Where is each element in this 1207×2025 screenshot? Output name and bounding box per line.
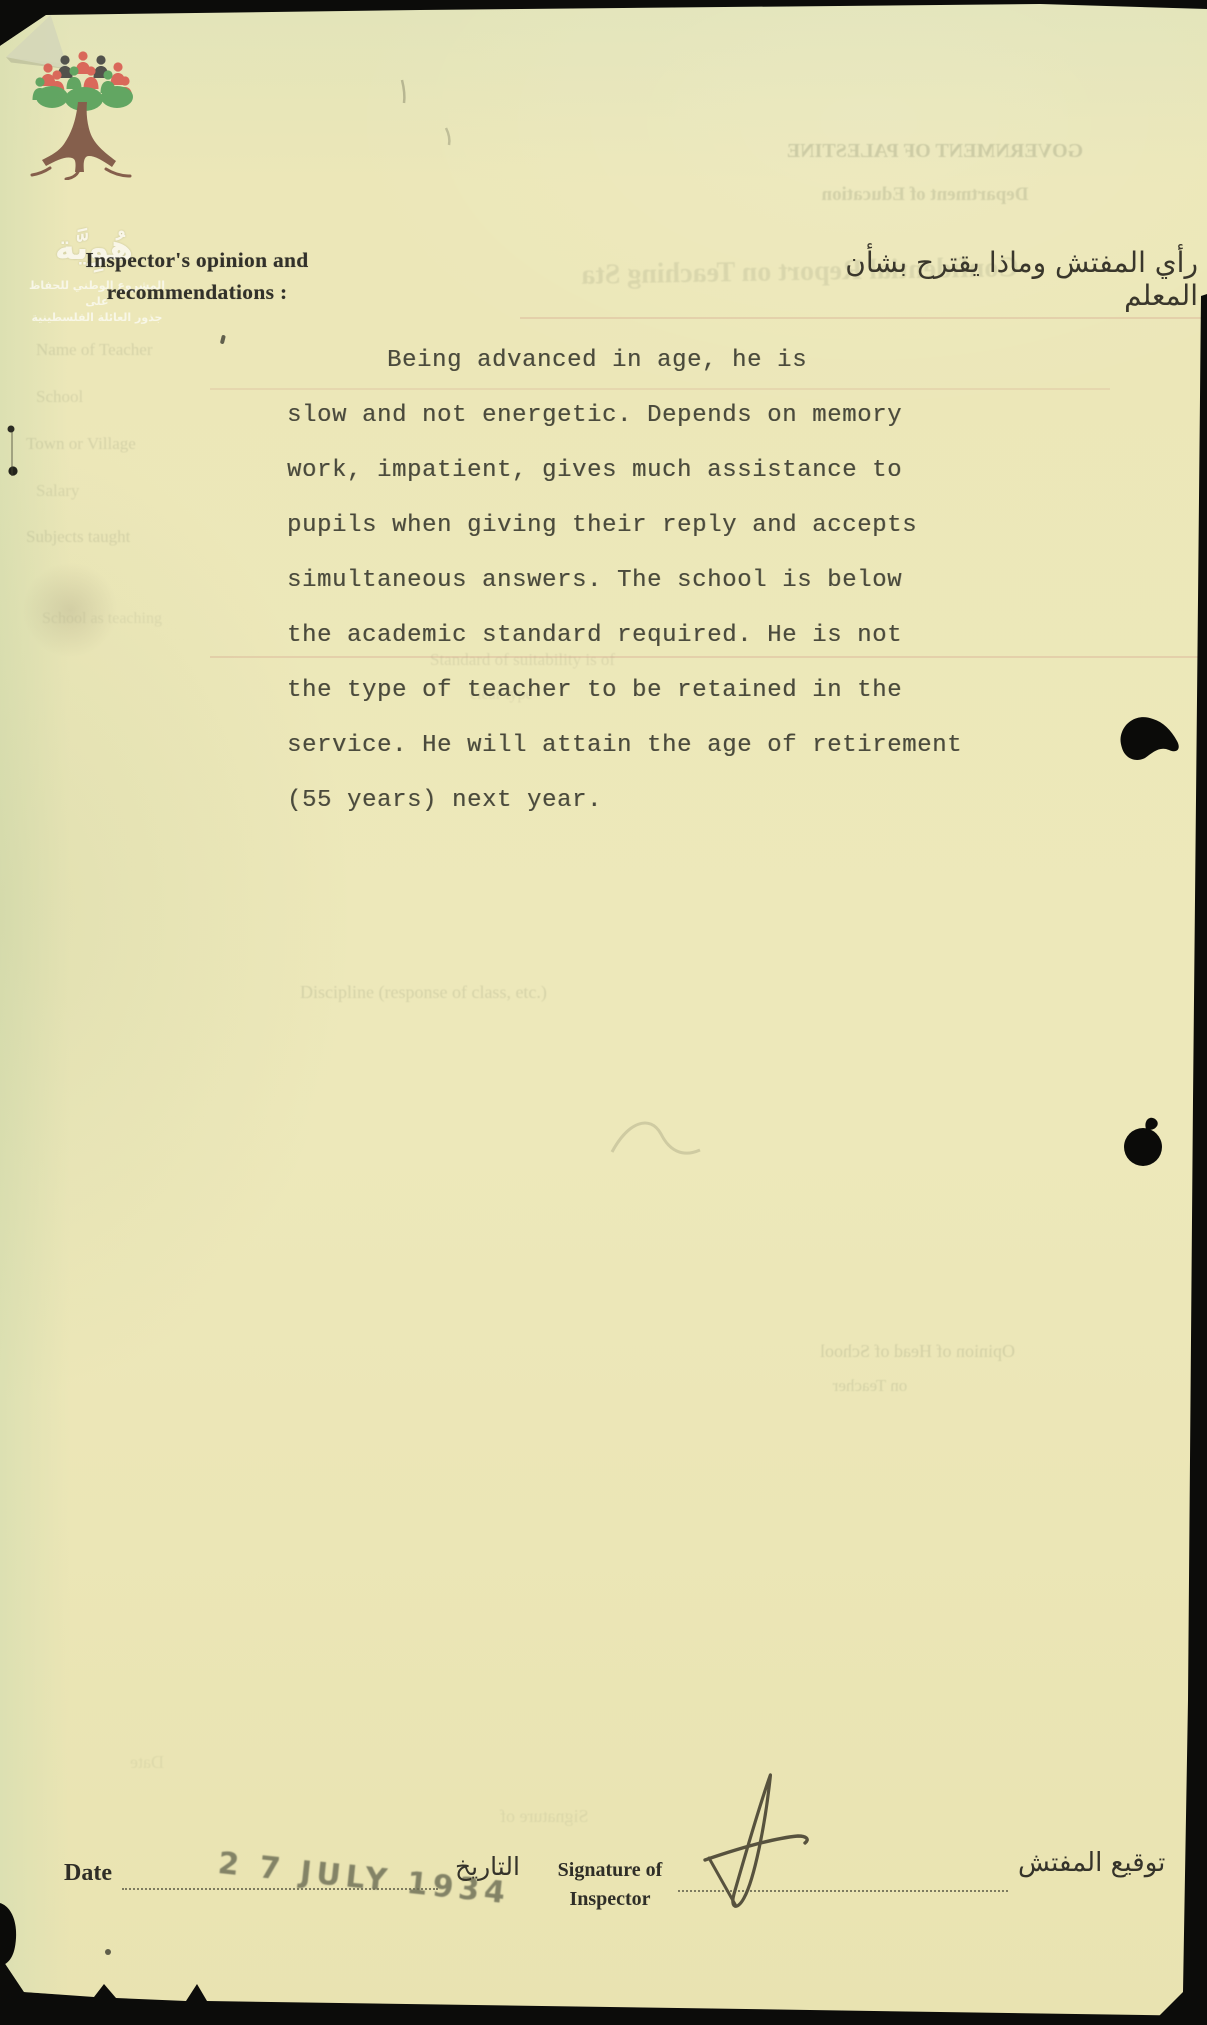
paper-sheet: GOVERNMENT OF PALESTINE Department of Ed… [0, 0, 1207, 2025]
paper-marks [0, 0, 1207, 2025]
scanned-document-page: GOVERNMENT OF PALESTINE Department of Ed… [0, 0, 1207, 2025]
